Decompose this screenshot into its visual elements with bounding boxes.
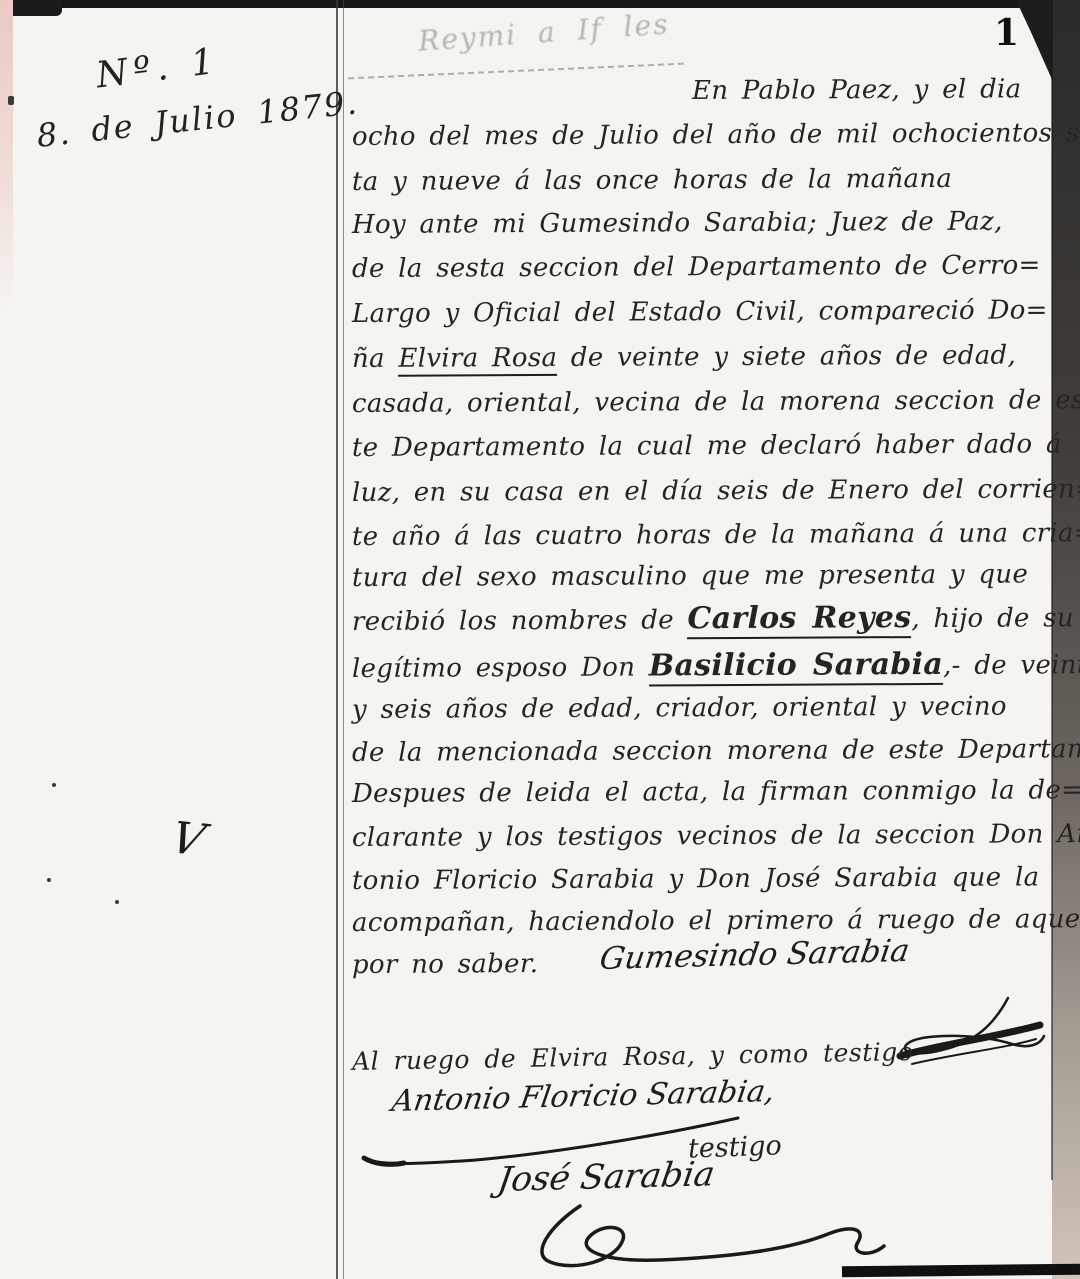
underlined-name-father: Basilicio Sarabia (649, 647, 943, 687)
manuscript-line: tura del sexo masculino que me presenta … (352, 559, 1028, 593)
signature-official: Gumesindo Sarabia (597, 933, 912, 977)
signature-loop-flourish-icon (520, 1192, 890, 1279)
manuscript-line: te año á las cuatro horas de la mañana á… (352, 518, 1080, 552)
line-text: acompañan, haciendolo el primero á ruego… (352, 904, 1080, 938)
manuscript-page: 1 Reymi a If les Nº. 1 8. de Julio 1879.… (0, 0, 1080, 1279)
line-text: te Departamento la cual me declaró haber… (352, 429, 1062, 463)
faded-inscription: Reymi a If les (417, 7, 670, 57)
on-behalf-note: Al ruego de Elvira Rosa, y como testigo (352, 1037, 914, 1076)
scan-edge-right-line (1051, 0, 1053, 1180)
line-text: Despues de leida el acta, la firman conm… (352, 775, 1080, 809)
page-number: 1 (994, 12, 1019, 54)
line-text: de veinte y siete años de edad, (557, 341, 1016, 373)
margin-rule (336, 0, 338, 1279)
manuscript-line: y seis años de edad, criador, oriental y… (352, 692, 1007, 725)
manuscript-line: En Pablo Paez, y el dia (692, 74, 1022, 106)
manuscript-line: por no saber. (352, 949, 538, 980)
manuscript-line: luz, en su casa en el día seis de Enero … (352, 474, 1080, 508)
ink-speck (47, 878, 51, 882)
line-text: Hoy ante mi Gumesindo Sarabia; Juez de P… (352, 207, 1003, 240)
line-text: de la mencionada seccion morena de este … (352, 734, 1080, 768)
line-text: casada, oriental, vecina de la morena se… (352, 385, 1080, 419)
manuscript-line: acompañan, haciendolo el primero á ruego… (352, 904, 1080, 938)
manuscript-line: ocho del mes de Julio del año de mil och… (352, 118, 1080, 152)
scan-edge-left-pink (0, 0, 13, 310)
entry-number: Nº. 1 (94, 41, 222, 97)
manuscript-line: de la sesta seccion del Departamento de … (352, 250, 1041, 284)
underlined-name-child: Carlos Reyes (687, 600, 911, 639)
line-text: tura del sexo masculino que me presenta … (352, 559, 1028, 593)
line-text: te año á las cuatro horas de la mañana á… (352, 518, 1080, 552)
line-text: ña (352, 344, 399, 374)
line-text: En Pablo Paez, y el dia (692, 74, 1022, 106)
scan-edge-top (0, 0, 1080, 8)
line-text: ocho del mes de Julio del año de mil och… (352, 118, 1080, 152)
scan-edge-right (1052, 0, 1080, 1279)
manuscript-line: recibió los nombres de Carlos Reyes, hij… (352, 599, 1074, 638)
manuscript-line: Hoy ante mi Gumesindo Sarabia; Juez de P… (352, 207, 1003, 240)
ink-speck (52, 783, 56, 787)
check-mark: V (166, 813, 210, 866)
line-text: clarante y los testigos vecinos de la se… (352, 819, 1080, 853)
manuscript-line: ta y nueve á las once horas de la mañana (352, 164, 952, 197)
line-text: , hijo de su (911, 603, 1074, 634)
line-text: de la sesta seccion del Departamento de … (352, 250, 1041, 284)
manuscript-line: legítimo esposo Don Basilicio Sarabia,- … (352, 646, 1080, 685)
manuscript-line: Despues de leida el acta, la firman conm… (352, 775, 1080, 809)
manuscript-line: Largo y Oficial del Estado Civil, compar… (352, 295, 1048, 329)
line-text: ta y nueve á las once horas de la mañana (352, 164, 952, 197)
faded-dash-line (348, 63, 684, 80)
underlined-name-mother: Elvira Rosa (398, 343, 557, 377)
line-text: tonio Floricio Sarabia y Don José Sarabi… (352, 862, 1040, 896)
manuscript-line: ña Elvira Rosa de veinte y siete años de… (352, 341, 1016, 374)
line-text: y seis años de edad, criador, oriental y… (352, 692, 1007, 725)
entry-date: 8. de Julio 1879. (35, 83, 360, 155)
manuscript-line: clarante y los testigos vecinos de la se… (352, 819, 1080, 853)
line-text: Largo y Oficial del Estado Civil, compar… (352, 295, 1048, 329)
line-text: ,- de veinte (943, 650, 1080, 681)
margin-rule-inner (343, 0, 344, 1279)
manuscript-line: tonio Floricio Sarabia y Don José Sarabi… (352, 862, 1040, 896)
manuscript-line: te Departamento la cual me declaró haber… (352, 429, 1062, 463)
line-text: legítimo esposo Don (352, 652, 649, 684)
line-text: luz, en su casa en el día seis de Enero … (352, 474, 1080, 508)
line-text: por no saber. (352, 949, 538, 980)
ink-speck (115, 900, 119, 904)
ink-speck (8, 96, 14, 105)
manuscript-line: casada, oriental, vecina de la morena se… (352, 385, 1080, 419)
line-text: recibió los nombres de (352, 605, 688, 637)
manuscript-line: de la mencionada seccion morena de este … (352, 734, 1080, 768)
